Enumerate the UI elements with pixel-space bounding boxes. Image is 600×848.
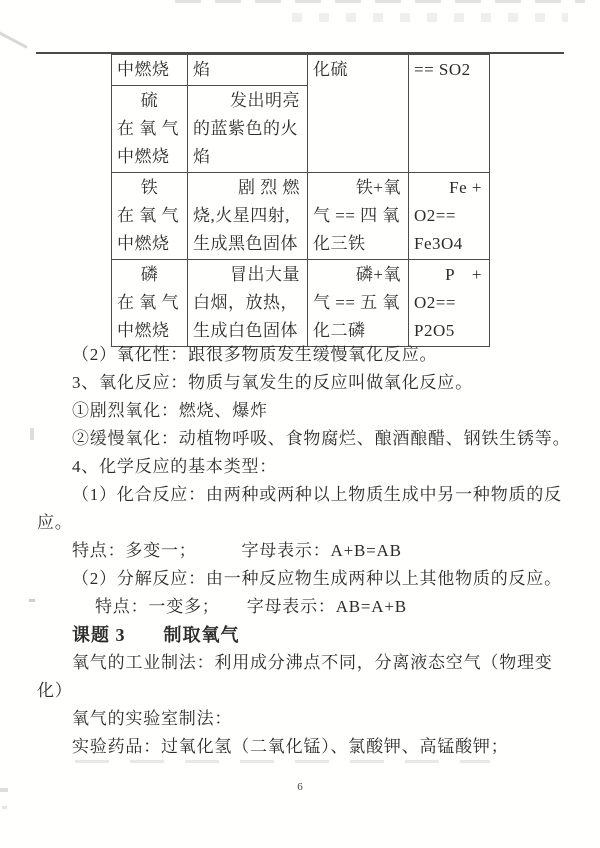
cell-line: Fe +	[414, 174, 484, 202]
cell-line: 化三铁	[313, 230, 403, 258]
cell-word-equation: 磷+氧 气 == 五 氧 化二磷	[308, 260, 409, 347]
paragraph-industrial-method: 氧气的工业制法：利用成分沸点不同，分离液态空气（物理变	[37, 649, 577, 677]
cell-line: 在 氧 气	[117, 115, 182, 143]
cell-line: 白烟，放热，	[193, 289, 302, 317]
cell-symbol-equation: Fe + O2== Fe3O4	[409, 173, 490, 260]
cell-line: 在 氧 气	[117, 202, 182, 230]
cell-phenomenon: 冒出大量 白烟，放热， 生成白色固体	[188, 260, 308, 347]
cell-line: 中燃烧	[117, 230, 182, 258]
cell-substance: 硫 在 氧 气 中燃烧	[112, 86, 188, 173]
table-row-iron: 铁 在 氧 气 中燃烧 剧 烈 燃 烧,火星四射, 生成黑色固体 铁+氧 气 =…	[112, 173, 490, 260]
cell-line: O2==	[414, 202, 484, 230]
cell-word-equation: 铁+氧 气 == 四 氧 化三铁	[308, 173, 409, 260]
cell-phenomenon: 剧 烈 燃 烧,火星四射, 生成黑色固体	[188, 173, 308, 260]
paragraph-lab-method: 氧气的实验室制法：	[37, 705, 577, 733]
cell-line: 剧 烈 燃	[193, 174, 302, 202]
cell-line: 焰	[193, 56, 302, 84]
cell-phenomenon: 焰	[188, 55, 308, 86]
cell-line: Fe3O4	[414, 230, 484, 258]
cell-line: 气 == 五 氧	[313, 289, 403, 317]
cell-substance: 铁 在 氧 气 中燃烧	[112, 173, 188, 260]
table-row-phosphorus: 磷 在 氧 气 中燃烧 冒出大量 白烟，放热， 生成白色固体 磷+氧 气 == …	[112, 260, 490, 347]
cell-phenomenon: 发出明亮 的蓝紫色的火 焰	[188, 86, 308, 173]
paragraph-decomposition-reaction: （2）分解反应：由一种反应物生成两种以上其他物质的反应。	[37, 565, 577, 593]
cell-line: == SO2	[414, 56, 484, 84]
scan-artifact	[292, 13, 568, 22]
scan-artifact	[29, 599, 35, 602]
cell-line: 发出明亮	[193, 87, 302, 115]
paragraph-lab-reagents: 实验药品：过氧化氢（二氧化锰）、氯酸钾、高锰酸钾；	[37, 733, 577, 761]
cell-line: 磷	[117, 261, 182, 289]
paragraph-industrial-cont: 化）	[37, 677, 577, 705]
scan-artifact	[175, 0, 585, 3]
cell-line: 中燃烧	[117, 143, 182, 171]
paragraph-combination-cont: 应。	[37, 509, 577, 537]
cell-line: 气 == 四 氧	[313, 202, 403, 230]
cell-line: 冒出大量	[193, 261, 302, 289]
cell-line: 硫	[117, 87, 182, 115]
paragraph-combination-features: 特点：多变一； 字母表示：A+B=AB	[37, 537, 577, 565]
paragraph-reaction-types: 4、化学反应的基本类型：	[37, 453, 577, 481]
paragraph-oxidation-property: （2）氧化性：跟很多物质发生缓慢氧化反应。	[37, 341, 577, 369]
scan-artifact	[0, 30, 28, 49]
cell-line: 焰	[193, 143, 302, 171]
paragraph-violent-oxidation: ①剧烈氧化：燃烧、爆炸	[37, 397, 577, 425]
cell-line: 磷+氧	[313, 261, 403, 289]
cell-substance: 磷 在 氧 气 中燃烧	[112, 260, 188, 347]
combustion-table: 中燃烧 焰 化硫 == SO2 硫 在 氧 气 中燃烧 发出明亮 的蓝紫色的火 …	[111, 54, 490, 347]
scan-artifact	[30, 428, 34, 440]
cell-symbol-equation: P + O2== P2O5	[409, 260, 490, 347]
cell-line: 的蓝紫色的火	[193, 115, 302, 143]
heading-lesson-3: 课题 3 制取氧气	[37, 621, 577, 649]
cell-symbol-equation: == SO2	[409, 55, 490, 173]
paragraph-slow-oxidation: ②缓慢氧化：动植物呼吸、食物腐烂、酿酒酿醋、钢铁生锈等。	[37, 425, 577, 453]
cell-line: 在 氧 气	[117, 289, 182, 317]
scan-artifact	[2, 806, 7, 809]
page-number: 6	[0, 781, 600, 793]
cell-line: P +	[414, 261, 484, 289]
cell-line: 铁	[117, 174, 182, 202]
cell-substance: 中燃烧	[112, 55, 188, 86]
cell-line: 中燃烧	[117, 56, 182, 84]
paragraph-combination-reaction: （1）化合反应：由两种或两种以上物质生成中另一种物质的反	[37, 481, 577, 509]
cell-line: 化硫	[313, 56, 403, 84]
cell-line: 生成黑色固体	[193, 230, 302, 258]
paragraph-decomposition-features: 特点：一变多； 字母表示：AB=A+B	[37, 593, 577, 621]
cell-word-equation: 化硫	[308, 55, 409, 173]
document-page: 中燃烧 焰 化硫 == SO2 硫 在 氧 气 中燃烧 发出明亮 的蓝紫色的火 …	[0, 0, 600, 848]
cell-line: 烧,火星四射,	[193, 202, 302, 230]
paragraph-oxidation-reaction: 3、氧化反应：物质与氧发生的反应叫做氧化反应。	[37, 369, 577, 397]
table-row-cut: 中燃烧 焰 化硫 == SO2	[112, 55, 490, 86]
body-text: （2）氧化性：跟很多物质发生缓慢氧化反应。 3、氧化反应：物质与氧发生的反应叫做…	[37, 341, 577, 761]
cell-line: O2==	[414, 289, 484, 317]
cell-line: 铁+氧	[313, 174, 403, 202]
